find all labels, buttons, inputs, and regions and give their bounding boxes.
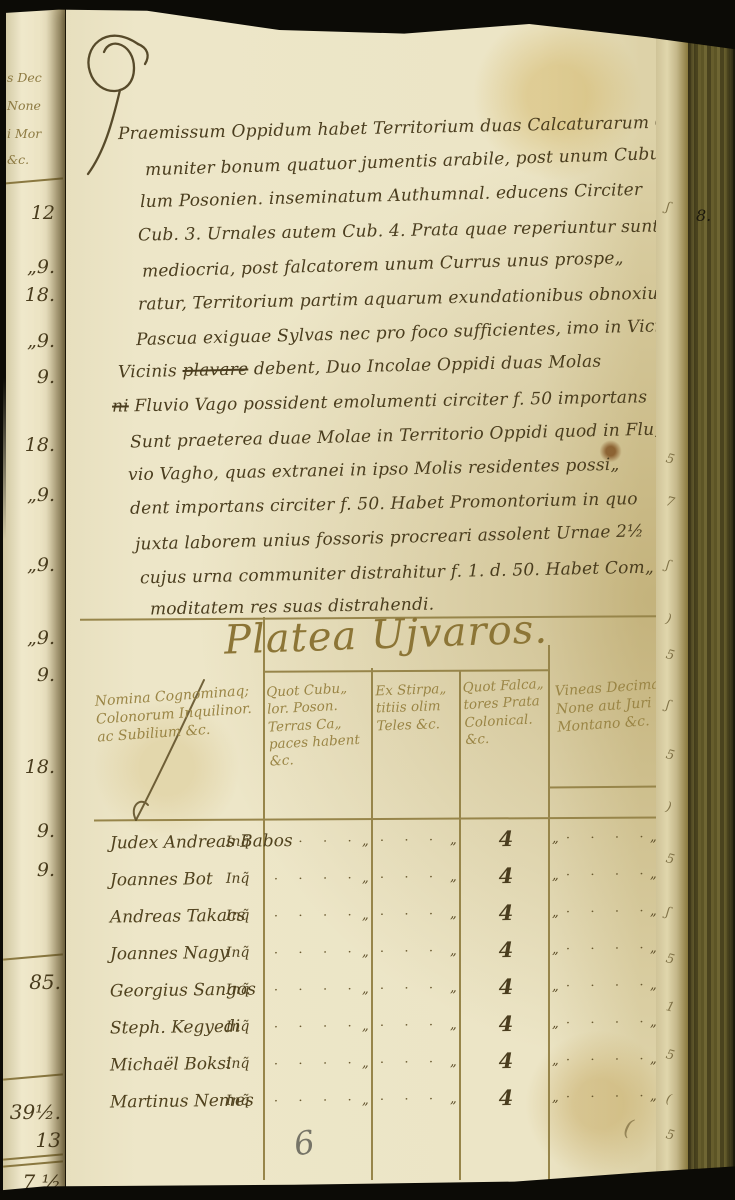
ditto-mark: „ — [450, 944, 457, 959]
ditto-mark: „ — [362, 1093, 369, 1108]
leader-dots: · · · · — [566, 1015, 646, 1031]
table-row: Steph. KegyediInq̃· · · ·„· · ·„4„· · · … — [66, 1009, 660, 1051]
ditto-mark: „ — [362, 1019, 369, 1034]
column-header-line: &c. — [465, 728, 548, 750]
ditto-mark: „ — [450, 1018, 457, 1033]
table-row: Georgius SangosInq̃· · · ·„· · ·„4„· · ·… — [66, 972, 660, 1014]
margin-rule — [3, 1153, 63, 1160]
falcatores-value: 4 — [486, 937, 526, 963]
tenure-abbreviation: Inq̃ — [226, 1056, 250, 1072]
struck-word: ni — [112, 396, 129, 416]
ditto-mark: „ — [362, 982, 369, 997]
ditto-mark: „ — [552, 1016, 559, 1031]
margin-number: „9. — [3, 484, 55, 506]
falcatores-value: 4 — [486, 900, 526, 926]
column-header-3: Ex Stirpa„titiis olimTeles &c. — [375, 681, 457, 736]
scan-left-edge — [0, 0, 6, 540]
ditto-mark: „ — [362, 834, 369, 849]
colonist-name: Joannes Nagy — [110, 943, 229, 965]
paragraph-line: Vicinis plavare debent, Duo Incolae Oppi… — [118, 352, 602, 383]
ditto-mark: „ — [450, 907, 457, 922]
column-header-2: Quot Cubu„lor. Poson.Terras Ca„paces hab… — [266, 679, 370, 770]
margin-header-fragment: None — [7, 98, 63, 113]
leader-dots: · · · · — [566, 904, 646, 920]
margin-number: „9. — [3, 330, 55, 352]
margin-number: „9. — [3, 627, 55, 649]
edge-mark: 7 — [664, 494, 676, 511]
margin-number: 9. — [3, 859, 55, 881]
leader-dots: · · · · — [274, 982, 354, 998]
manuscript-page: Praemissum Oppidum habet Territorium dua… — [66, 0, 658, 1200]
column-header-line: Ex Stirpa„ — [375, 681, 456, 701]
edge-mark: 5 — [664, 951, 676, 968]
leader-dots: · · · · — [566, 867, 646, 883]
paragraph-line: dent importans circiter f. 50. Habet Pro… — [130, 489, 638, 519]
colonist-name: Judex Andreas Babos — [110, 831, 293, 854]
leader-dots: · · · · — [274, 1056, 354, 1072]
margin-header-fragment: &c. — [7, 152, 63, 167]
margin-total: 85. — [5, 970, 61, 994]
ditto-mark: „ — [450, 833, 457, 848]
margin-total: 39½. — [5, 1100, 61, 1124]
edge-mark: 5 — [664, 1127, 676, 1144]
leader-dots: · · · — [380, 981, 435, 997]
facing-page-number: 8. — [696, 206, 711, 225]
edge-mark: ) — [664, 612, 673, 628]
margin-number: 9. — [3, 664, 55, 686]
leader-dots: · · · — [380, 1018, 435, 1034]
header-bottom-rule-right — [548, 786, 660, 789]
paragraph-line: ni Fluvio Vago possident emolumenti circ… — [112, 387, 647, 416]
falcatores-value: 4 — [486, 826, 526, 852]
leader-dots: · · · · — [566, 978, 646, 994]
margin-total: 13 — [5, 1128, 61, 1152]
paragraph-line: vio Vagho, quas extranei in ipso Molis r… — [128, 455, 620, 485]
falcatores-value: 4 — [486, 974, 526, 1000]
table-row: Judex Andreas BabosInq̃· · · ·„· · ·„4„·… — [66, 824, 660, 866]
table-row: Michaël BoksiInq̃· · · ·„· · ·„4„· · · ·… — [66, 1046, 660, 1088]
page-number: 6 — [291, 1123, 317, 1164]
leader-dots: · · · · — [274, 1093, 354, 1109]
struck-word: plavare — [182, 360, 248, 381]
table-row: Joannes BotInq̃· · · ·„· · ·„4„· · · ·„ — [66, 861, 660, 903]
margin-rule — [3, 1160, 63, 1167]
leader-dots: · · · · — [566, 830, 646, 846]
paragraph-line: mediocria, post falcatorem unum Currus u… — [142, 248, 624, 281]
ditto-mark: „ — [362, 908, 369, 923]
falcatores-value: 4 — [486, 1085, 526, 1111]
leader-dots: · · · — [380, 1055, 435, 1071]
table-row: Andreas TakacsInq̃· · · ·„· · ·„4„· · · … — [66, 898, 660, 940]
leader-dots: · · · · — [274, 871, 354, 887]
paragraph-line: Sunt praeterea duae Molae in Territorio … — [130, 419, 664, 452]
edge-mark: ʃ — [664, 905, 671, 920]
ditto-mark: „ — [552, 979, 559, 994]
leader-dots: · · · — [380, 944, 435, 960]
margin-number: „9. — [3, 256, 55, 278]
stray-ink-mark: ( — [621, 1115, 635, 1141]
column-header-5: Vineas DecimaeNone aut JuriMontano &c. — [554, 676, 663, 737]
manuscript-scan: s DecNonei Mor&c.12„9.18.„9.9.18.„9.„9.„… — [0, 0, 735, 1200]
ditto-mark: „ — [450, 1092, 457, 1107]
falcatores-value: 4 — [486, 1011, 526, 1037]
leader-dots: · · · — [380, 907, 435, 923]
colonist-name: Joannes Bot — [110, 869, 213, 890]
ditto-mark: „ — [450, 981, 457, 996]
paragraph-line: Praemissum Oppidum habet Territorium dua… — [118, 112, 704, 144]
edge-mark: ) — [664, 800, 673, 816]
colonist-name: Michaël Boksi — [110, 1054, 232, 1076]
column-header-4: Quot Falca„tores PrataColonical.&c. — [462, 676, 548, 749]
ditto-mark: „ — [362, 871, 369, 886]
margin-rule — [3, 177, 63, 184]
column-header-line: Teles &c. — [376, 715, 457, 735]
ditto-mark: „ — [552, 942, 559, 957]
tenure-abbreviation: Inq̃ — [226, 871, 250, 887]
tenure-abbreviation: Inq̃ — [226, 1019, 250, 1035]
margin-number: 12 — [3, 202, 55, 224]
margin-header-fragment: s Dec — [7, 70, 63, 85]
paragraph-line: Pascua exiguae Sylvas nec pro foco suffi… — [136, 316, 677, 350]
margin-rule — [3, 953, 63, 960]
ditto-mark: „ — [450, 1055, 457, 1070]
header-top-rule — [263, 669, 548, 672]
table-row: Martinus NemesInq̃· · · ·„· · ·„4„· · · … — [66, 1083, 660, 1125]
edge-mark: ʃ — [664, 558, 671, 573]
margin-number: 18. — [3, 434, 55, 456]
margin-header-fragment: i Mor — [7, 126, 63, 141]
falcatores-value: 4 — [486, 863, 526, 889]
paragraph-line: lum Posonien. inseminatum Authumnal. edu… — [140, 180, 643, 212]
tenure-abbreviation: Inq̃ — [226, 834, 250, 850]
leader-dots: · · · · — [566, 1089, 646, 1105]
edge-mark: ( — [664, 1092, 673, 1108]
ditto-mark: „ — [552, 831, 559, 846]
leader-dots: · · · · — [566, 1052, 646, 1068]
edge-mark: 5 — [664, 451, 676, 468]
colonist-name: Steph. Kegyedi — [110, 1017, 241, 1039]
paragraph-line: ratur, Territorium partim aquarum exunda… — [138, 283, 675, 314]
edge-mark: 5 — [664, 851, 676, 868]
page-fore-edge: ʃ57ʃ)5ʃ5)5ʃ515(5 — [656, 0, 688, 1200]
leader-dots: · · · · — [274, 1019, 354, 1035]
tenure-abbreviation: Inq̃ — [226, 945, 250, 961]
paragraph-line: muniter bonum quatuor jumentis arabile, … — [145, 144, 670, 180]
ditto-mark: „ — [552, 1053, 559, 1068]
edge-mark: 5 — [664, 747, 676, 764]
leader-dots: · · · · — [274, 945, 354, 961]
leader-dots: · · · · — [274, 834, 354, 850]
margin-number: 18. — [3, 284, 55, 306]
leader-dots: · · · — [380, 833, 435, 849]
tenure-abbreviation: Inq̃ — [226, 1093, 250, 1109]
column-header-1: Nomina Cognominaq;Colonorum Inquilinor.a… — [94, 682, 261, 747]
paragraph-line: Cub. 3. Urnales autem Cub. 4. Prata quae… — [138, 216, 660, 245]
leader-dots: · · · · — [274, 908, 354, 924]
previous-page-edge: s DecNonei Mor&c.12„9.18.„9.9.18.„9.„9.„… — [3, 4, 65, 1200]
edge-mark: 5 — [664, 1047, 676, 1064]
ditto-mark: „ — [552, 1090, 559, 1105]
leader-dots: · · · · — [566, 941, 646, 957]
table-row: Joannes NagyInq̃· · · ·„· · ·„4„· · · ·„ — [66, 935, 660, 977]
ditto-mark: „ — [552, 905, 559, 920]
ditto-mark: „ — [362, 1056, 369, 1071]
ditto-mark: „ — [552, 868, 559, 883]
edge-mark: ʃ — [664, 200, 671, 215]
falcatores-value: 4 — [486, 1048, 526, 1074]
paragraph-line: juxta laborem unius fossoris procreari a… — [135, 522, 644, 555]
margin-number: „9. — [3, 554, 55, 576]
book-binding-edge: 8. — [688, 0, 735, 1200]
leader-dots: · · · — [380, 870, 435, 886]
ditto-mark: „ — [362, 945, 369, 960]
tenure-abbreviation: Inq̃ — [226, 908, 250, 924]
edge-mark: 1 — [664, 999, 676, 1016]
tenure-abbreviation: Inq̃ — [226, 982, 250, 998]
margin-number: 9. — [3, 366, 55, 388]
margin-number: 9. — [3, 820, 55, 842]
edge-mark: 5 — [664, 647, 676, 664]
margin-rule — [3, 1073, 63, 1080]
margin-number: 18. — [3, 756, 55, 778]
leader-dots: · · · — [380, 1092, 435, 1108]
edge-mark: ʃ — [664, 698, 671, 713]
paragraph-line: cujus urna communiter distrahitur f. 1. … — [140, 557, 654, 588]
ditto-mark: „ — [450, 870, 457, 885]
